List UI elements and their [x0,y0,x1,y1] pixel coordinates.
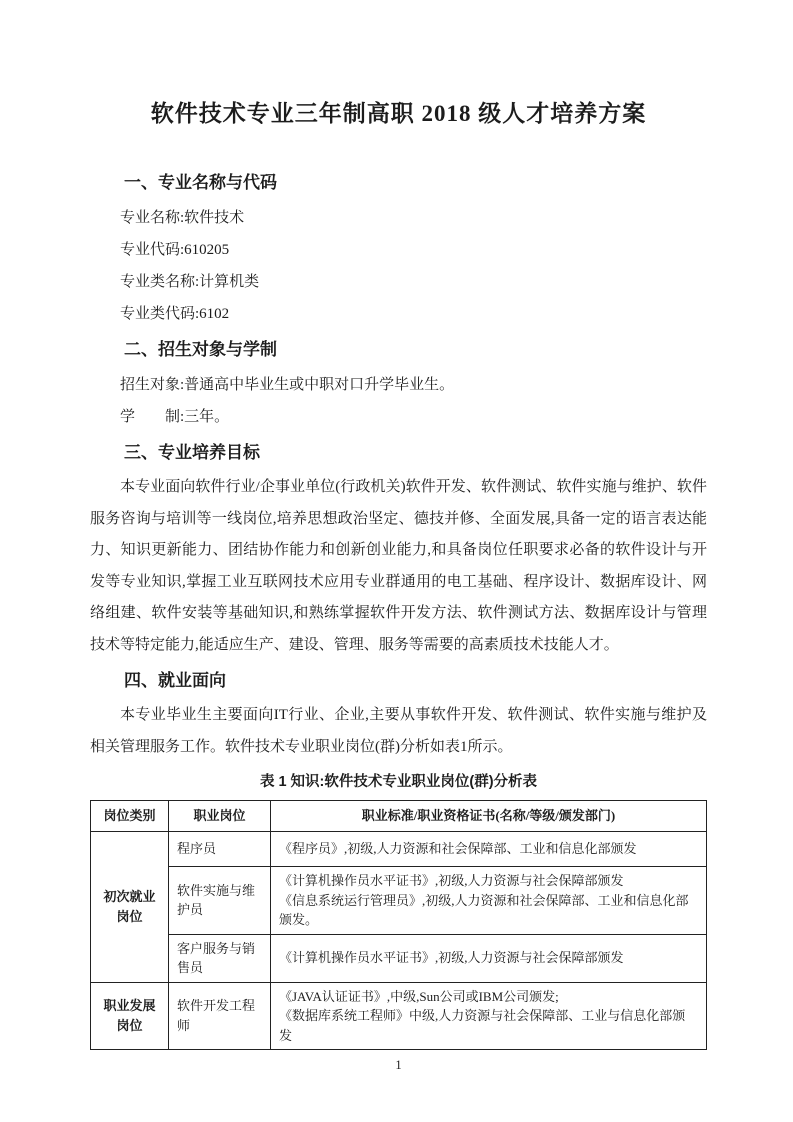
col-header-certificates: 职业标准/职业资格证书(名称/等级/颁发部门) [271,801,707,832]
cell-certs-customer-service-sales: 《计算机操作员水平证书》,初级,人力资源与社会保障部颁发 [271,934,707,982]
field-major-code: 专业代码:610205 [90,234,707,266]
field-major-class-code: 专业类代码:6102 [90,298,707,330]
job-positions-table: 岗位类别 职业岗位 职业标准/职业资格证书(名称/等级/颁发部门) 初次就业岗位… [90,800,707,1050]
field-schooling-length: 学 制:三年。 [90,401,707,433]
section-heading-employment: 四、就业面向 [90,669,707,693]
field-major-class-name: 专业类名称:计算机类 [90,266,707,298]
table-header-row: 岗位类别 职业岗位 职业标准/职业资格证书(名称/等级/颁发部门) [91,801,707,832]
training-objective-paragraph: 本专业面向软件行业/企事业单位(行政机关)软件开发、软件测试、软件实施与维护、软… [90,472,707,661]
cell-position-customer-service-sales: 客户服务与销售员 [169,934,271,982]
field-enrollment-target: 招生对象:普通高中毕业生或中职对口升学毕业生。 [90,369,707,401]
page-title: 软件技术专业三年制高职 2018 级人才培养方案 [90,97,707,131]
section-heading-training-objective: 三、专业培养目标 [90,441,707,465]
cell-certs-programmer: 《程序员》,初级,人力资源和社会保障部、工业和信息化部颁发 [271,832,707,867]
cell-certs-implementation-maintenance: 《计算机操作员水平证书》,初级,人力资源与社会保障部颁发 《信息系统运行管理员》… [271,867,707,935]
col-header-position: 职业岗位 [169,801,271,832]
page-number: 1 [90,1057,707,1073]
table-row: 职业发展岗位 软件开发工程师 《JAVA认证证书》,中级,Sun公司或IBM公司… [91,982,707,1050]
section-heading-enrollment: 二、招生对象与学制 [90,338,707,362]
cell-position-software-engineer: 软件开发工程师 [169,982,271,1050]
col-header-category: 岗位类别 [91,801,169,832]
cell-position-implementation-maintenance: 软件实施与维护员 [169,867,271,935]
document-page: 软件技术专业三年制高职 2018 级人才培养方案 一、专业名称与代码 专业名称:… [0,0,793,1122]
table-row: 软件实施与维护员 《计算机操作员水平证书》,初级,人力资源与社会保障部颁发 《信… [91,867,707,935]
section-heading-name-code: 一、专业名称与代码 [90,171,707,195]
field-major-name: 专业名称:软件技术 [90,202,707,234]
table-row: 客户服务与销售员 《计算机操作员水平证书》,初级,人力资源与社会保障部颁发 [91,934,707,982]
cell-category-initial-employment: 初次就业岗位 [91,832,169,983]
table-row: 初次就业岗位 程序员 《程序员》,初级,人力资源和社会保障部、工业和信息化部颁发 [91,832,707,867]
cell-category-career-development: 职业发展岗位 [91,982,169,1050]
table-caption: 表 1 知识:软件技术专业职业岗位(群)分析表 [90,772,707,792]
cell-position-programmer: 程序员 [169,832,271,867]
employment-paragraph: 本专业毕业生主要面向IT行业、企业,主要从事软件开发、软件测试、软件实施与维护及… [90,700,707,763]
cell-certs-software-engineer: 《JAVA认证证书》,中级,Sun公司或IBM公司颁发; 《数据库系统工程师》中… [271,982,707,1050]
